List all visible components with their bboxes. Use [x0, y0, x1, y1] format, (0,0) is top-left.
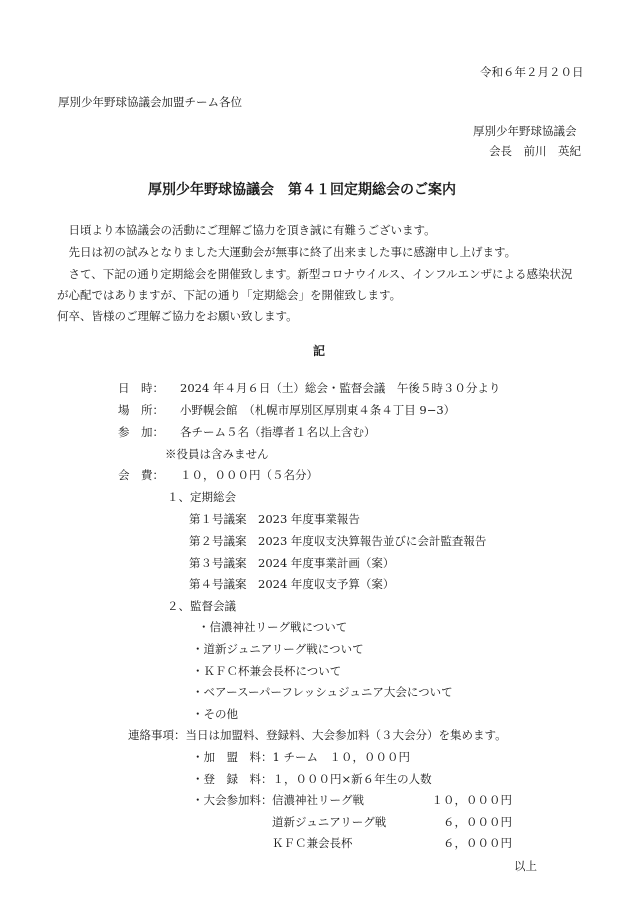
- agenda-item: 第３号議案 2024 年度事業計画（案）: [189, 555, 394, 571]
- tournament-fee-row: 道新ジュニアリーグ戦６，０００円: [272, 814, 512, 830]
- document-date: 令和６年２月２０日: [480, 64, 584, 80]
- sender-name: 会長 前川 英紀: [489, 143, 581, 159]
- tournament-name: 道新ジュニアリーグ戦: [272, 814, 402, 830]
- paragraph: 何卒、皆様のご理解ご協力をお願い致します。: [57, 308, 298, 324]
- detail-value: 2024 年４月６日（土）総会・監督会議 午後５時３０分より: [180, 381, 500, 395]
- notice-label: 連絡事項：: [128, 728, 186, 742]
- detail-value: 小野幌会館 （札幌市厚別区厚別東４条４丁目 9−3）: [180, 403, 455, 417]
- detail-value: 各チーム５名（指導者１名以上含む）: [180, 425, 376, 439]
- tournament-label: ・大会参加料：: [192, 792, 273, 808]
- paragraph: 日頃より本協議会の活動にご理解ご協力を頂き誠に有難うございます。: [57, 222, 436, 238]
- closing-mark: 以上: [514, 858, 537, 874]
- notice-line: 連絡事項：当日は加盟料、登録料、大会参加料（３大会分）を集めます。: [128, 727, 507, 743]
- tournament-name: ＫＦＣ兼会長杯: [272, 835, 402, 851]
- detail-datetime: 日 時：2024 年４月６日（土）総会・監督会議 午後５時３０分より: [118, 380, 500, 396]
- notice-text: 当日は加盟料、登録料、大会参加料（３大会分）を集めます。: [186, 728, 507, 742]
- detail-label: 会 費：: [118, 467, 180, 483]
- tournament-fee-row: 信濃神社リーグ戦１０，０００円: [272, 792, 512, 808]
- detail-value: １０，０００円（５名分）: [180, 468, 318, 482]
- detail-place: 場 所：小野幌会館 （札幌市厚別区厚別東４条４丁目 9−3）: [118, 402, 455, 418]
- agenda-item: 第２号議案 2023 年度収支決算報告並びに会計監査報告: [189, 533, 486, 549]
- paragraph: 先日は初の試みとなりました大運動会が無事に終了出来ました事に感謝申し上げます。: [57, 244, 516, 260]
- agenda-heading: １、定期総会: [167, 489, 236, 505]
- detail-fee: 会 費：１０，０００円（５名分）: [118, 467, 318, 483]
- paragraph: が心配ではありますが、下記の通り「定期総会」を開催致します。: [57, 287, 401, 303]
- agenda-item: ・ベアースーパーフレッシュジュニア大会について: [192, 684, 453, 700]
- tournament-amount: ６，０００円: [402, 835, 512, 851]
- agenda-item: ・信濃神社リーグ戦について: [198, 619, 347, 635]
- recipient: 厚別少年野球協議会加盟チーム各位: [58, 94, 242, 110]
- detail-attend: 参 加：各チーム５名（指導者１名以上含む）: [118, 424, 376, 440]
- agenda-heading: ２、監督会議: [167, 598, 236, 614]
- agenda-item: 第１号議案 2023 年度事業報告: [189, 511, 360, 527]
- tournament-name: 信濃神社リーグ戦: [272, 792, 402, 808]
- agenda-item: ・その他: [192, 706, 238, 722]
- detail-label: 参 加：: [118, 424, 180, 440]
- agenda-item: ・ＫＦＣ杯兼会長杯について: [192, 663, 341, 679]
- agenda-item: ・道新ジュニアリーグ戦について: [192, 641, 364, 657]
- agenda-item: 第４号議案 2024 年度収支予算（案）: [189, 576, 394, 592]
- detail-attend-note: ※役員は含みません: [165, 446, 269, 462]
- detail-label: 場 所：: [118, 402, 180, 418]
- tournament-fee-row: ＫＦＣ兼会長杯６，０００円: [272, 835, 512, 851]
- paragraph: さて、下記の通り定期総会を開催致します。新型コロナウイルス、インフルエンザによる…: [57, 266, 573, 282]
- membership-fee: ・加 盟 料：1 チーム １０，０００円: [192, 749, 410, 765]
- sender-org: 厚別少年野球協議会: [473, 123, 577, 139]
- detail-label: 日 時：: [118, 380, 180, 396]
- ki-heading: 記: [313, 343, 325, 359]
- tournament-amount: １０，０００円: [402, 792, 512, 808]
- document-title: 厚別少年野球協議会 第４１回定期総会のご案内: [148, 180, 456, 200]
- registration-fee: ・登 録 料：１，０００円×新６年生の人数: [192, 771, 432, 787]
- tournament-amount: ６，０００円: [402, 814, 512, 830]
